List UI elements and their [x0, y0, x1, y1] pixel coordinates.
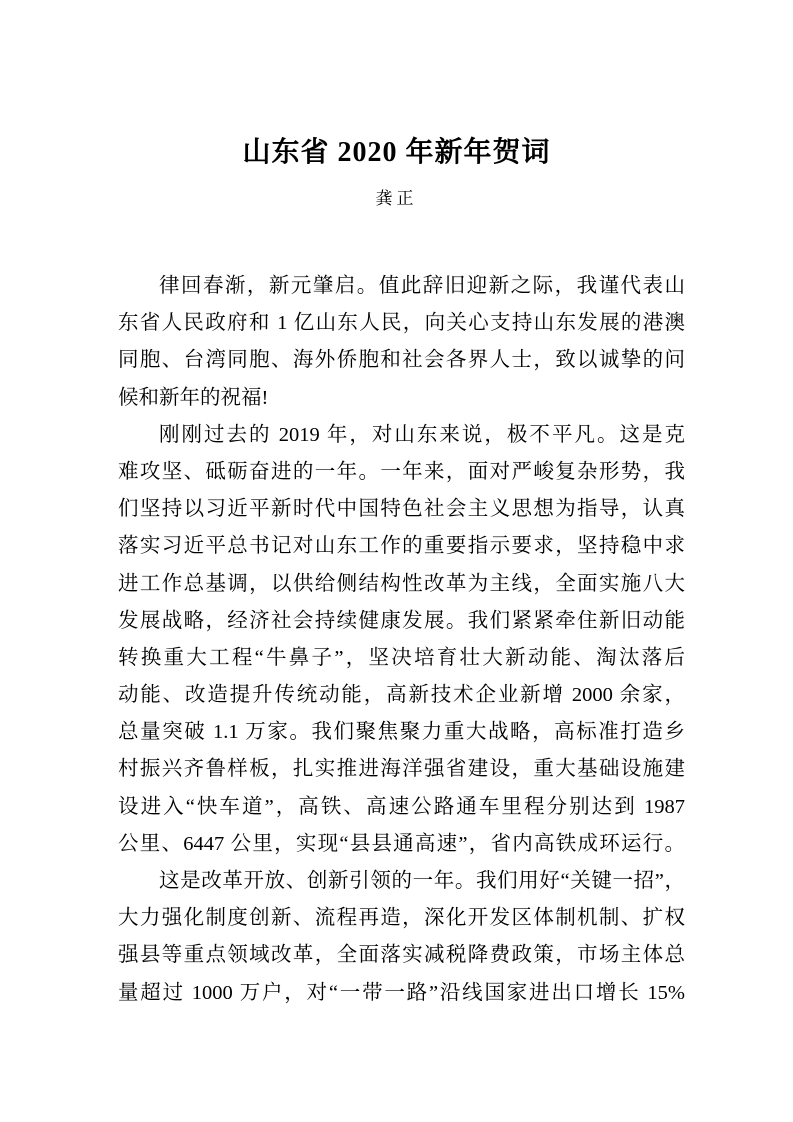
text-line: 落实习近平总书记对山东工作的重要指示要求，坚持稳中求	[118, 528, 685, 565]
text-line: 量超过 1000 万户，对“一带一路”沿线国家进出口增长 15%	[118, 975, 685, 1012]
text-line: 进工作总基调，以供给侧结构性改革为主线，全面实施八大	[118, 566, 685, 603]
text-line: 发展战略，经济社会持续健康发展。我们紧紧牵住新旧动能	[118, 603, 685, 640]
text-line: 刚刚过去的 2019 年，对山东来说，极不平凡。这是克	[118, 417, 685, 454]
text-line: 强县等重点领域改革，全面落实减税降费政策，市场主体总	[118, 937, 685, 974]
text-line: 难攻坚、砥砺奋进的一年。一年来，面对严峻复杂形势，我	[118, 454, 685, 491]
text-line: 公里、6447 公里，实现“县县通高速”，省内高铁成环运行。	[118, 826, 685, 863]
text-line: 动能、改造提升传统动能，高新技术企业新增 2000 余家，	[118, 677, 685, 714]
author-name: 龚正	[0, 188, 793, 210]
text-line: 东省人民政府和 1 亿山东人民，向关心支持山东发展的港澳	[118, 305, 685, 342]
document-body: 律回春渐，新元肇启。值此辞旧迎新之际，我谨代表山东省人民政府和 1 亿山东人民，…	[118, 268, 685, 1012]
text-line: 总量突破 1.1 万家。我们聚焦聚力重大战略，高标准打造乡	[118, 714, 685, 751]
paragraph: 这是改革开放、创新引领的一年。我们用好“关键一招”，大力强化制度创新、流程再造，…	[118, 863, 685, 1012]
paragraph: 律回春渐，新元肇启。值此辞旧迎新之际，我谨代表山东省人民政府和 1 亿山东人民，…	[118, 268, 685, 417]
document-page: 山东省 2020 年新年贺词 龚正 律回春渐，新元肇启。值此辞旧迎新之际，我谨代…	[0, 0, 793, 1122]
text-line: 这是改革开放、创新引领的一年。我们用好“关键一招”，	[118, 863, 685, 900]
text-line: 候和新年的祝福!	[118, 380, 685, 417]
text-line: 设进入“快车道”，高铁、高速公路通车里程分别达到 1987	[118, 789, 685, 826]
text-line: 律回春渐，新元肇启。值此辞旧迎新之际，我谨代表山	[118, 268, 685, 305]
text-line: 村振兴齐鲁样板，扎实推进海洋强省建设，重大基础设施建	[118, 751, 685, 788]
paragraph: 刚刚过去的 2019 年，对山东来说，极不平凡。这是克难攻坚、砥砺奋进的一年。一…	[118, 417, 685, 863]
text-line: 大力强化制度创新、流程再造，深化开发区体制机制、扩权	[118, 900, 685, 937]
text-line: 同胞、台湾同胞、海外侨胞和社会各界人士，致以诚挚的问	[118, 342, 685, 379]
text-line: 们坚持以习近平新时代中国特色社会主义思想为指导，认真	[118, 491, 685, 528]
document-title: 山东省 2020 年新年贺词	[0, 136, 793, 170]
text-line: 转换重大工程“牛鼻子”，坚决培育壮大新动能、淘汰落后	[118, 640, 685, 677]
